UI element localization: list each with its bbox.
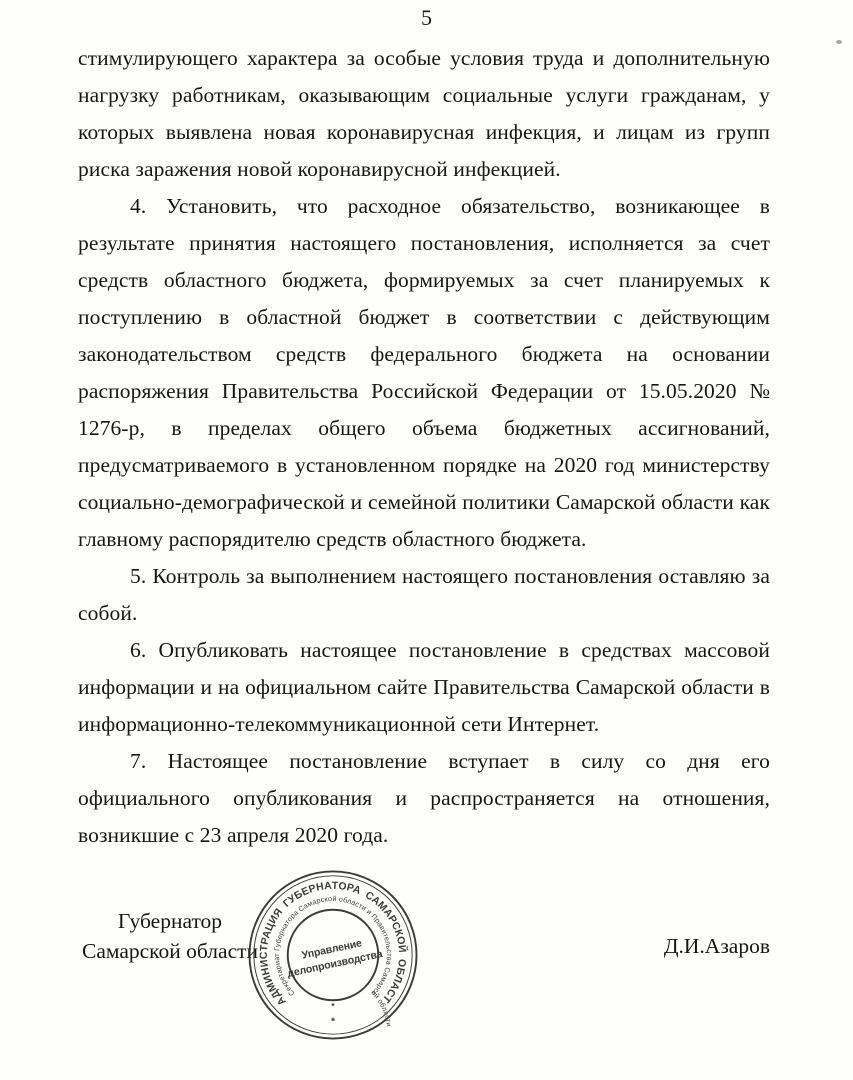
stamp-seal-icon: АДМИНИСТРАЦИЯ ГУБЕРНАТОРА САМАРСКОЙ ОБЛА… xyxy=(246,868,420,1042)
signature-name: Д.И.Азаров xyxy=(664,934,770,959)
paragraph-continuation: стимулирующего характера за особые услов… xyxy=(78,40,770,188)
stamp-separator-star-outer: * xyxy=(331,1017,336,1028)
paragraph-item-4: 4. Установить, что расходное обязательст… xyxy=(78,188,770,558)
signature-title-line1: Губернатор xyxy=(80,906,260,936)
official-stamp: АДМИНИСТРАЦИЯ ГУБЕРНАТОРА САМАРСКОЙ ОБЛА… xyxy=(246,868,420,1042)
paragraph-item-5: 5. Контроль за выполнением настоящего по… xyxy=(78,558,770,632)
signature-title: Губернатор Самарской области xyxy=(80,906,260,966)
signature-title-line2: Самарской области xyxy=(80,936,260,966)
paragraph-item-6: 6. Опубликовать настоящее постановление … xyxy=(78,632,770,743)
document-body: стимулирующего характера за особые услов… xyxy=(78,40,770,854)
paragraph-item-7: 7. Настоящее постановление вступает в си… xyxy=(78,743,770,854)
document-page: 5 стимулирующего характера за особые усл… xyxy=(0,0,853,1080)
scan-artifact-dot xyxy=(836,40,842,44)
stamp-separator-star-inner: * xyxy=(331,1001,335,1011)
page-number: 5 xyxy=(0,5,853,31)
stamp-center-text: Управление делопроизводства xyxy=(283,934,384,980)
